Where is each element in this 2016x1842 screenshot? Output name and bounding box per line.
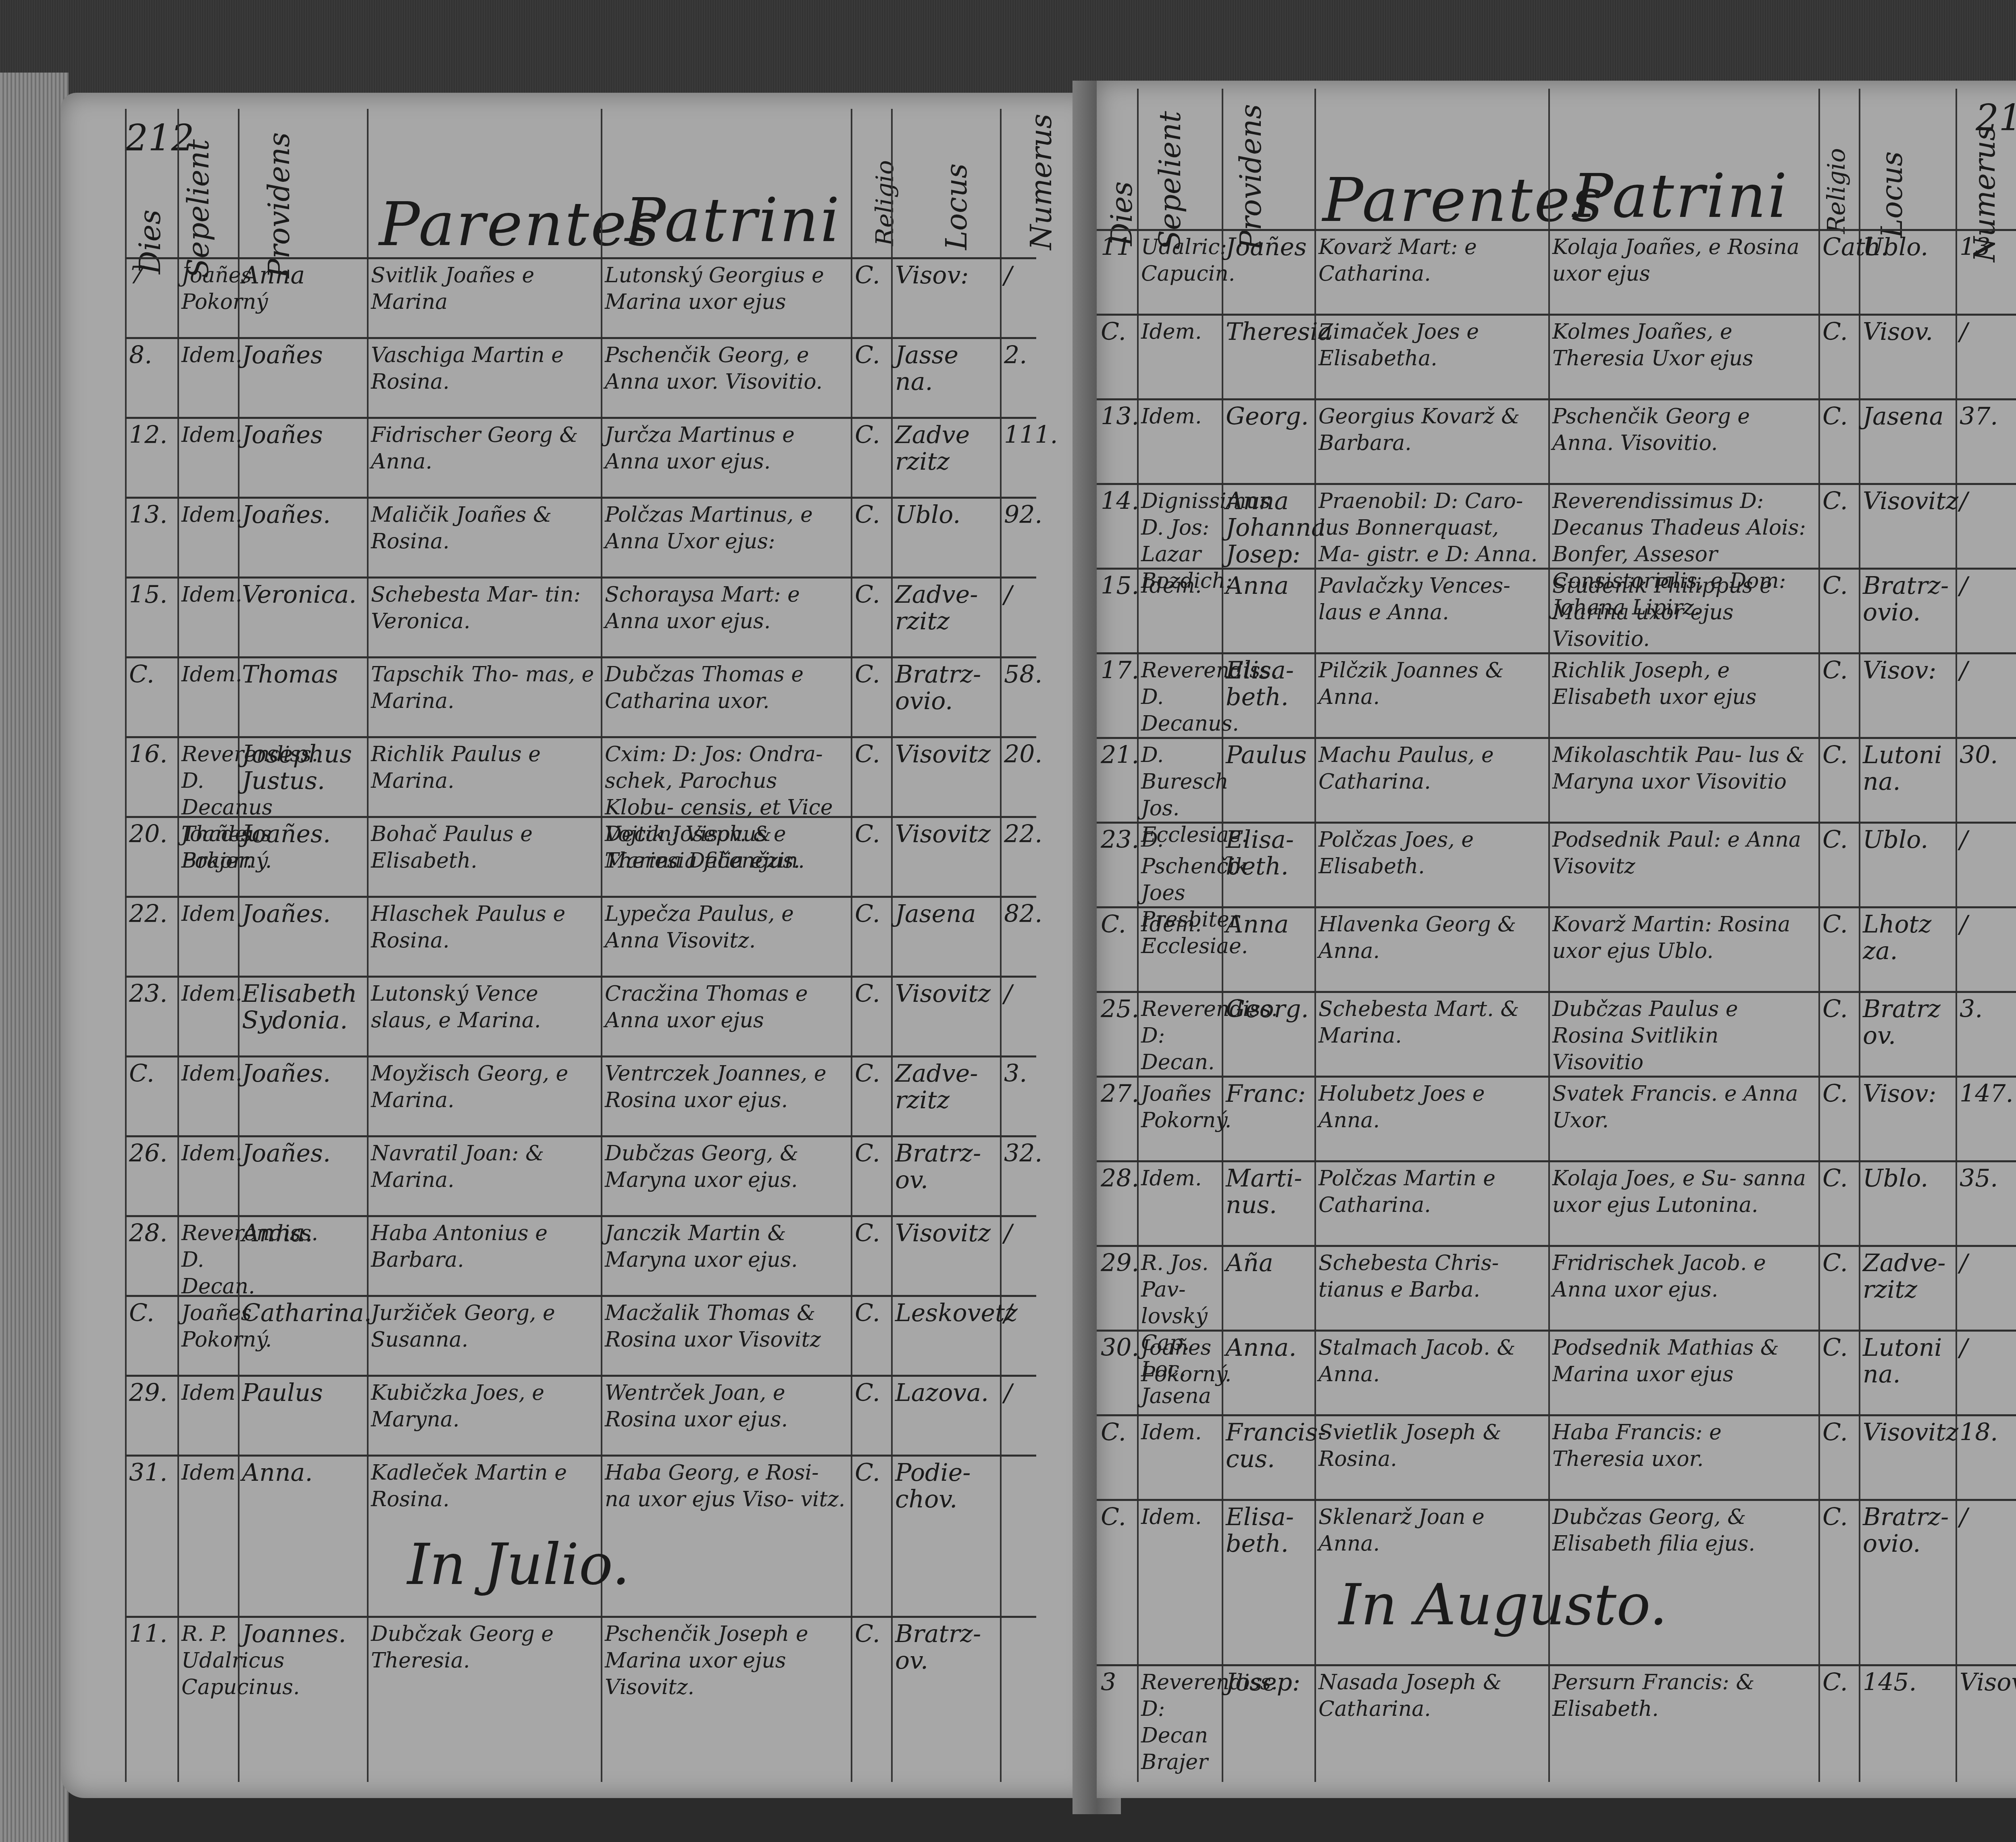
entry-parents: Kadleček Martin e Rosina. [371, 1459, 597, 1513]
entry-parents: Hlaschek Paulus e Rosina. [371, 901, 597, 954]
entry-day: 14. [1101, 488, 1137, 514]
row-rule [1097, 991, 2016, 993]
entry-day: C. [1101, 1504, 1137, 1530]
entry-place: Visovitz [1863, 1419, 1951, 1446]
entry-child-name: Francis- cus. [1226, 1419, 1310, 1472]
entry-godparents: Lutonský Georgius e Marina uxor ejus [605, 262, 847, 315]
entry-godparents: Podsednik Mathias & Marina uxor ejus [1552, 1334, 1814, 1388]
entry-place: Visovitz [895, 1220, 996, 1247]
entry-day: 29. [129, 1380, 177, 1406]
header-religio: Religio [871, 125, 899, 246]
entry-place: Visovitz [1863, 488, 1951, 514]
entry-house-number: 3. [1004, 1060, 1064, 1087]
entry-child-name: Anna. [242, 1459, 363, 1486]
entry-place: Bratrz- ovio. [895, 661, 996, 714]
entry-house-number: / [1004, 1220, 1064, 1247]
entry-religion: C. [1822, 826, 1859, 853]
entry-house-number: 35. [1960, 1165, 2016, 1192]
entry-parents: Polčzas Martin e Catharina. [1318, 1165, 1544, 1218]
header-patrini: Patrini [1572, 161, 1789, 231]
entry-godparents: Pschenčik Georg e Anna. Visovitio. [1552, 403, 1814, 456]
entry-place: Visovitz [895, 821, 996, 847]
row-rule [1097, 906, 2016, 908]
entry-child-name: Elisabeth Sydonia. [242, 980, 363, 1034]
entry-place: Jasena [1863, 403, 1951, 430]
entry-day: C. [129, 661, 177, 688]
entry-place: Ublo. [1863, 1165, 1951, 1192]
entry-day: 21. [1101, 742, 1137, 768]
entry-godparents: Kovarž Martin: Rosina uxor ejus Ublo. [1552, 911, 1814, 964]
header-dies: Dies [133, 153, 167, 274]
entry-house-number: 3. [1960, 996, 2016, 1022]
entry-child-name: Elisa- beth. [1226, 657, 1310, 710]
entry-godparents: Kolmes Joañes, e Theresia Uxor ejus [1552, 318, 1814, 372]
entry-officiant: Idem. [181, 980, 238, 1007]
entry-child-name: Anna [1226, 572, 1310, 599]
entry-godparents: Haba Georg, e Rosi- na uxor ejus Viso- v… [605, 1459, 847, 1513]
row-rule [125, 896, 1036, 898]
row-rule [125, 1616, 1036, 1618]
entry-officiant: Idem. [181, 1140, 238, 1167]
header-patrini: Patrini [625, 185, 841, 256]
entry-place: Lazova. [895, 1380, 996, 1406]
column-rule [1548, 89, 1550, 1782]
entry-godparents: Janczik Martin & Maryna uxor ejus. [605, 1220, 847, 1273]
entry-place: Bratrz- ovio. [1863, 1504, 1951, 1557]
entry-officiant: Idem [181, 901, 238, 927]
entry-religion: C. [855, 581, 891, 608]
row-rule [125, 736, 1036, 738]
column-rule [601, 109, 602, 1782]
entry-religion: C. [855, 1060, 891, 1087]
entry-child-name: Georg. [1226, 996, 1310, 1022]
entry-day: 7 [129, 262, 177, 289]
entry-house-number: 147. [1960, 1080, 2016, 1107]
entry-child-name: Thomas [242, 661, 363, 688]
entry-godparents: Cracžina Thomas e Anna uxor ejus [605, 980, 847, 1034]
entry-godparents: Pschenčik Georg, e Anna uxor. Visovitio. [605, 342, 847, 395]
entry-religion: C. [855, 1621, 891, 1647]
entry-house-number: / [1004, 581, 1064, 608]
column-rule [177, 109, 179, 1782]
entry-officiant: Reverendiss. D: Decan. [1141, 996, 1222, 1076]
entry-religion: C. [1822, 403, 1859, 430]
entry-place: Podie- chov. [895, 1459, 996, 1513]
column-rule [1137, 89, 1139, 1782]
entry-religion: C. [1822, 1080, 1859, 1107]
entry-house-number: / [1004, 980, 1064, 1007]
entry-place: Jasena [895, 901, 996, 927]
entry-officiant: Reverendiss. D. Decan. [181, 1220, 238, 1300]
entry-house-number: / [1960, 1334, 2016, 1361]
entry-parents: Moyžisch Georg, e Marina. [371, 1060, 597, 1114]
entry-house-number: 18. [1960, 1419, 2016, 1446]
entry-day: C. [1101, 318, 1137, 345]
entry-day: 23. [129, 980, 177, 1007]
entry-godparents: Svatek Francis. e Anna Uxor. [1552, 1080, 1814, 1134]
entry-parents: Georgius Kovarž & Barbara. [1318, 403, 1544, 456]
entry-house-number: / [1004, 1300, 1064, 1326]
entry-parents: Kovarž Mart: e Catharina. [1318, 234, 1544, 287]
entry-religion: C. [1822, 1334, 1859, 1361]
entry-child-name: Theresia [1226, 318, 1310, 345]
row-rule [125, 1455, 1036, 1457]
entry-place: Zadve- rzitz [895, 581, 996, 635]
entry-place: Zadve- rzitz [895, 1060, 996, 1114]
entry-day: 8. [129, 342, 177, 368]
entry-officiant: Idem [181, 1459, 238, 1486]
entry-child-name: Marti- nus. [1226, 1165, 1310, 1218]
entry-religion: C. [1822, 1419, 1859, 1446]
entry-child-name: Joañes. [242, 1140, 363, 1167]
row-rule [125, 816, 1036, 818]
entry-religion: C. [855, 1220, 891, 1247]
column-rule [367, 109, 369, 1782]
entry-godparents: Kolaja Joes, e Su- sanna uxor ejus Luton… [1552, 1165, 1814, 1218]
entry-house-number: / [1960, 1250, 2016, 1276]
entry-godparents: Studenik Philippus e Marina uxor ejus Vi… [1552, 572, 1814, 652]
entry-officiant: Udalric: Capucin. [1141, 234, 1222, 287]
entry-parents: Schebesta Mart. & Marina. [1318, 996, 1544, 1049]
row-rule [1097, 1330, 2016, 1332]
entry-religion: C. [1822, 911, 1859, 938]
entry-religion: C. [1822, 1165, 1859, 1192]
entry-place: Bratrz- ov. [895, 1140, 996, 1193]
entry-godparents: Persurn Francis: & Elisabeth. [1552, 1669, 1814, 1722]
entry-officiant: Idem. [181, 342, 238, 368]
entry-parents: Nasada Joseph & Catharina. [1318, 1669, 1544, 1722]
row-rule [1097, 1160, 2016, 1162]
entry-place: Jasse na. [895, 342, 996, 395]
row-rule [125, 656, 1036, 658]
entry-day: 11 [1101, 234, 1137, 260]
entry-godparents: Mikolaschtik Pau- lus & Maryna uxor Viso… [1552, 742, 1814, 795]
row-rule [125, 577, 1036, 579]
entry-religion: C. [855, 502, 891, 528]
entry-parents: Zimaček Joes e Elisabetha. [1318, 318, 1544, 372]
row-rule [125, 337, 1036, 339]
entry-house-number: / [1960, 488, 2016, 514]
column-rule [1000, 109, 1002, 1782]
entry-officiant: Idem. [1141, 1419, 1222, 1446]
entry-officiant: Joañes Pokorný. [1141, 1080, 1222, 1134]
entry-religion: C. [855, 262, 891, 289]
entry-child-name: Joañes. [242, 1060, 363, 1087]
entry-officiant: Idem. [181, 581, 238, 608]
entry-day: 12. [129, 422, 177, 448]
entry-religion: Cath. [1822, 234, 1859, 260]
entry-religion: C. [1822, 1250, 1859, 1276]
entry-parents: Sklenarž Joan e Anna. [1318, 1504, 1544, 1557]
row-rule [1097, 1245, 2016, 1247]
entry-place: Ublo. [895, 502, 996, 528]
entry-child-name: Anna. [242, 1220, 363, 1247]
header-numerus: Numerus [1024, 117, 1058, 250]
entry-parents: Praenobil: D: Caro- lus Bonnerquast, Ma-… [1318, 488, 1544, 568]
column-rule [1956, 89, 1957, 1782]
entry-officiant: Idem. [181, 422, 238, 448]
entry-day: 13. [129, 502, 177, 528]
entry-child-name: Josep: [1226, 1669, 1310, 1696]
entry-parents: Lutonský Vence slaus, e Marina. [371, 980, 597, 1034]
row-rule [1097, 652, 2016, 654]
entry-house-number: 32. [1004, 1140, 1064, 1167]
entry-religion: C. [1822, 488, 1859, 514]
entry-child-name: Paulus [1226, 742, 1310, 768]
entry-place: Visovitz [895, 980, 996, 1007]
entry-godparents: Dubčzas Thomas e Catharina uxor. [605, 661, 847, 714]
entry-religion: C. [855, 901, 891, 927]
entry-parents: Fidrischer Georg & Anna. [371, 422, 597, 475]
entry-house-number: / [1960, 826, 2016, 853]
entry-day: C. [1101, 1419, 1137, 1446]
entry-child-name: Anna. [1226, 1334, 1310, 1361]
row-rule [1097, 483, 2016, 485]
entry-officiant: Idem. [1141, 403, 1222, 430]
month-heading: In Julio. [407, 1532, 630, 1598]
entry-day: 11. [129, 1621, 177, 1647]
entry-godparents: Podsednik Paul: e Anna Visovitz [1552, 826, 1814, 880]
entry-godparents: Macžalik Thomas & Rosina uxor Visovitz [605, 1300, 847, 1353]
entry-day: 23. [1101, 826, 1137, 853]
row-rule [125, 497, 1036, 499]
entry-parents: Maličik Joañes & Rosina. [371, 502, 597, 555]
entry-parents: Richlik Paulus e Marina. [371, 741, 597, 794]
right-page: 213 Dies Sepelient Providens Parentes Pa… [1097, 81, 2016, 1798]
entry-day: 13. [1101, 403, 1137, 430]
entry-officiant: Idem. [181, 502, 238, 528]
entry-child-name: Paulus [242, 1380, 363, 1406]
entry-religion: C. [1822, 1504, 1859, 1530]
entry-place: Bratrz- ovio. [1863, 572, 1951, 626]
entry-place: Bratrz ov. [1863, 996, 1951, 1049]
entry-house-number: 13 [1960, 234, 2016, 260]
entry-day: 30. [1101, 1334, 1137, 1361]
entry-parents: Tapschik Tho- mas, e Marina. [371, 661, 597, 714]
entry-religion: C. [1822, 742, 1859, 768]
entry-house-number: 2. [1004, 342, 1064, 368]
column-rule [891, 109, 893, 1782]
entry-godparents: Lypečza Paulus, e Anna Visovitz. [605, 901, 847, 954]
column-rule [125, 109, 127, 1782]
entry-parents: Svietlik Joseph & Rosina. [1318, 1419, 1544, 1472]
header-dies: Dies [1105, 125, 1139, 246]
entry-godparents: Polčzas Martinus, e Anna Uxor ejus: [605, 502, 847, 555]
entry-day: 25. [1101, 996, 1137, 1022]
entry-place: Visovitz [895, 741, 996, 768]
entry-child-name: Joañes. [242, 901, 363, 927]
entry-religion: C. [1822, 1669, 1859, 1696]
entry-child-name: Josephus Justus. [242, 741, 363, 794]
month-heading: In Augusto. [1339, 1572, 1667, 1638]
entry-house-number: Visovitz [1960, 1669, 2016, 1696]
row-rule [1097, 1076, 2016, 1078]
entry-religion: C. [1822, 318, 1859, 345]
row-rule [125, 1375, 1036, 1377]
entry-house-number: / [1960, 572, 2016, 599]
entry-house-number: 92. [1004, 502, 1064, 528]
entry-child-name: Aña [1226, 1250, 1310, 1276]
row-rule [125, 417, 1036, 419]
header-locus: Locus [939, 117, 973, 250]
column-rule [1859, 89, 1860, 1782]
row-rule [1097, 1664, 2016, 1666]
entry-parents: Holubetz Joes e Anna. [1318, 1080, 1544, 1134]
entry-parents: Schebesta Mar- tin: Veronica. [371, 581, 597, 635]
entry-officiant: Idem. [1141, 1165, 1222, 1192]
entry-child-name: Joañes [242, 422, 363, 448]
entry-officiant: Reverendiss. D: Decan Brajer [1141, 1669, 1222, 1775]
entry-godparents: Richlik Joseph, e Elisabeth uxor ejus [1552, 657, 1814, 710]
entry-day: 20. [129, 821, 177, 847]
row-rule [125, 1215, 1036, 1217]
entry-place: Visov: [1863, 1080, 1951, 1107]
entry-parents: Pilčzik Joannes & Anna. [1318, 657, 1544, 710]
entry-godparents: Jurčza Martinus e Anna uxor ejus. [605, 422, 847, 475]
entry-house-number: / [1960, 911, 2016, 938]
header-religio: Religio [1822, 113, 1851, 234]
row-rule [125, 1135, 1036, 1137]
entry-religion: C. [1822, 657, 1859, 684]
entry-place: Ublo. [1863, 234, 1951, 260]
entry-place: Leskovetz [895, 1300, 996, 1326]
entry-place: Lhotz za. [1863, 911, 1951, 964]
header-parentes: Parentes [379, 189, 661, 260]
row-rule [1097, 568, 2016, 570]
entry-parents: Dubčzak Georg e Theresia. [371, 1621, 597, 1674]
entry-house-number: / [1004, 1380, 1064, 1406]
entry-parents: Machu Paulus, e Catharina. [1318, 742, 1544, 795]
entry-religion: C. [855, 821, 891, 847]
row-rule [1097, 314, 2016, 316]
entry-day: C. [1101, 911, 1137, 938]
entry-religion: C. [855, 1459, 891, 1486]
entry-day: 29. [1101, 1250, 1137, 1276]
entry-officiant: R. P. Udalricus Capucinus. [181, 1621, 238, 1700]
entry-religion: C. [855, 661, 891, 688]
row-rule [1097, 1499, 2016, 1501]
entry-child-name: Joañes [1226, 234, 1310, 260]
entry-child-name: Elisa- beth. [1226, 1504, 1310, 1557]
entry-godparents: Dubčzas Paulus e Rosina Svitlikin Visovi… [1552, 996, 1814, 1076]
entry-godparents: Kolaja Joañes, e Rosina uxor ejus [1552, 234, 1814, 287]
entry-house-number: / [1960, 657, 2016, 684]
entry-godparents: Wentrček Joan, e Rosina uxor ejus. [605, 1380, 847, 1433]
row-rule [125, 1295, 1036, 1297]
row-rule [125, 976, 1036, 978]
entry-parents: Haba Antonius e Barbara. [371, 1220, 597, 1273]
entry-religion: C. [855, 422, 891, 448]
entry-officiant: Idem. [1141, 1504, 1222, 1530]
entry-child-name: Joañes [242, 342, 363, 368]
entry-parents: Juržiček Georg, e Susanna. [371, 1300, 597, 1353]
row-rule [1097, 737, 2016, 739]
header-parentes: Parentes [1322, 165, 1604, 235]
entry-godparents: Dubčzas Georg, & Elisabeth filia ejus. [1552, 1504, 1814, 1557]
entry-parents: Schebesta Chris- tianus e Barba. [1318, 1250, 1544, 1303]
row-rule [125, 257, 1036, 259]
entry-officiant: Idem. [1141, 572, 1222, 599]
entry-officiant: Idem. [1141, 911, 1222, 938]
entry-officiant: Joañes Pokorný. [181, 821, 238, 874]
entry-parents: Bohač Paulus e Elisabeth. [371, 821, 597, 874]
row-rule [1097, 398, 2016, 400]
entry-day: 28. [129, 1220, 177, 1247]
entry-child-name: Elisa- beth. [1226, 826, 1310, 880]
entry-religion: C. [855, 342, 891, 368]
entry-place: Visov: [895, 262, 996, 289]
entry-officiant: Reverendiss. D. Decanus. [1141, 657, 1222, 737]
entry-child-name: Catharina. [242, 1300, 363, 1326]
entry-godparents: Dubčzas Georg, & Maryna uxor ejus. [605, 1140, 847, 1193]
entry-house-number: 30. [1960, 742, 2016, 768]
entry-child-name: Georg. [1226, 403, 1310, 430]
entry-parents: Vaschiga Martin e Rosina. [371, 342, 597, 395]
entry-place: Zadve- rzitz [1863, 1250, 1951, 1303]
entry-parents: Hlavenka Georg & Anna. [1318, 911, 1544, 964]
entry-officiant: Idem. [181, 661, 238, 688]
entry-child-name: Franc: [1226, 1080, 1310, 1107]
entry-religion: C. [855, 1380, 891, 1406]
entry-day: 16. [129, 741, 177, 768]
entry-parents: Pavlačzky Vences- laus e Anna. [1318, 572, 1544, 626]
entry-house-number: 37. [1960, 403, 2016, 430]
entry-day: 26. [129, 1140, 177, 1167]
entry-day: 27. [1101, 1080, 1137, 1107]
entry-godparents: Pschenčik Joseph e Marina uxor ejus Viso… [605, 1621, 847, 1700]
column-rule [1818, 89, 1820, 1782]
entry-place: 145. [1863, 1669, 1951, 1696]
entry-day: 3 [1101, 1669, 1137, 1696]
entry-day: C. [129, 1300, 177, 1326]
entry-religion: C. [855, 741, 891, 768]
entry-day: C. [129, 1060, 177, 1087]
entry-house-number: 111. [1004, 422, 1064, 448]
entry-house-number: 22. [1004, 821, 1064, 847]
entry-day: 22. [129, 901, 177, 927]
entry-child-name: Anna [242, 262, 363, 289]
entry-child-name: Anna [1226, 911, 1310, 938]
row-rule [1097, 822, 2016, 824]
entry-day: 15. [129, 581, 177, 608]
entry-godparents: Ventrczek Joannes, e Rosina uxor ejus. [605, 1060, 847, 1114]
entry-godparents: Schoraysa Mart: e Anna uxor ejus. [605, 581, 847, 635]
entry-officiant: Joañes Pokorný. [1141, 1334, 1222, 1388]
entry-day: 28. [1101, 1165, 1137, 1192]
entry-officiant: Joañes Pokorný [181, 262, 238, 315]
entry-house-number: 82. [1004, 901, 1064, 927]
entry-house-number: 20. [1004, 741, 1064, 768]
entry-parents: Navratil Joan: & Marina. [371, 1140, 597, 1193]
row-rule [1097, 1414, 2016, 1416]
entry-place: Ublo. [1863, 826, 1951, 853]
entry-child-name: Veronica. [242, 581, 363, 608]
entry-house-number: / [1960, 1504, 2016, 1530]
entry-child-name: Joañes. [242, 502, 363, 528]
entry-place: Visov: [1863, 657, 1951, 684]
entry-parents: Stalmach Jacob. & Anna. [1318, 1334, 1544, 1388]
entry-officiant: D. Pschenčik Joes Presbiter Ecclesiae. [1141, 826, 1222, 960]
entry-officiant: Idem [181, 1380, 238, 1406]
entry-officiant: Idem. [1141, 318, 1222, 345]
book-page-edges-left [0, 73, 69, 1842]
entry-religion: C. [855, 980, 891, 1007]
entry-godparents: Haba Francis: e Theresia uxor. [1552, 1419, 1814, 1472]
entry-child-name: Joañes. [242, 821, 363, 847]
entry-place: Lutoni na. [1863, 742, 1951, 795]
entry-day: 31. [129, 1459, 177, 1486]
entry-place: Bratrz- ov. [895, 1621, 996, 1674]
